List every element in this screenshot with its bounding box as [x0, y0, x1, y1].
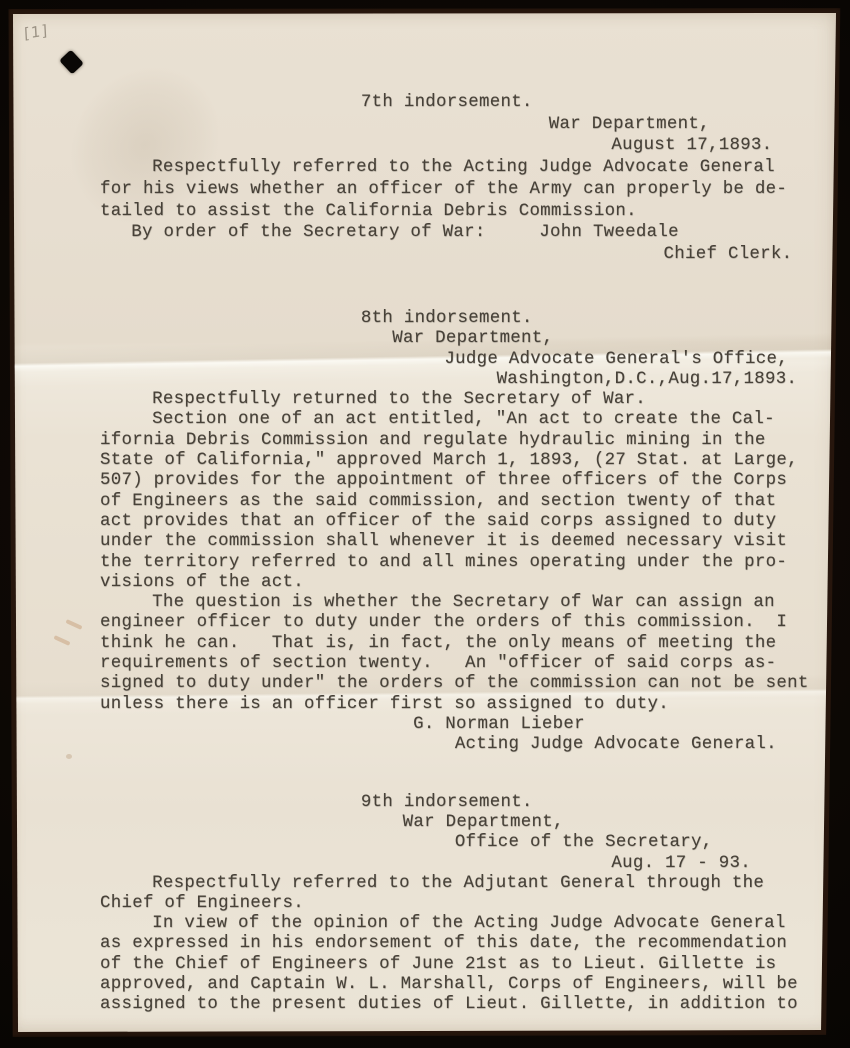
faint-stroke — [65, 619, 82, 630]
typewritten-line: 507) provides for the appointment of thr… — [100, 471, 809, 491]
typewritten-line: War Department, — [100, 329, 809, 349]
typewritten-line: for his views whether an officer of the … — [100, 179, 792, 201]
indorsement-9th-section: 9th indorsement.War Department,Office of… — [100, 793, 798, 1015]
typewritten-line: War Department, — [100, 813, 798, 833]
page-number-annotation: [1] — [24, 21, 49, 43]
typewritten-line: Acting Judge Advocate General. — [100, 735, 809, 755]
typewritten-line: signed to duty under" the orders of the … — [100, 674, 809, 694]
typewritten-line: of the Chief of Engineers of June 21st a… — [100, 955, 798, 975]
typewritten-line: Section one of an act entitled, "An act … — [100, 410, 809, 430]
typewritten-line: think he can. That is, in fact, the only… — [100, 634, 809, 654]
typewritten-line: The question is whether the Secretary of… — [100, 593, 809, 613]
typewritten-line: Respectfully referred to the Adjutant Ge… — [100, 874, 798, 894]
typewritten-line: August 17,1893. — [100, 135, 792, 157]
typewritten-line: Aug. 17 - 93. — [100, 854, 798, 874]
typewritten-line: Respectfully returned to the Secretary o… — [100, 390, 809, 410]
faint-red-mark — [52, 614, 92, 659]
typewritten-line: visions of the act. — [100, 573, 809, 593]
typewritten-line: as expressed in his endorsement of this … — [100, 934, 798, 954]
typewritten-line: assigned to the present duties of Lieut.… — [100, 995, 798, 1015]
document-page: [1] 7th indorsement.War Department,Augus… — [10, 10, 838, 1034]
indorsement-8th-section: 8th indorsement.War Department,Judge Adv… — [100, 309, 809, 756]
typewritten-line: Respectfully referred to the Acting Judg… — [100, 157, 792, 179]
typewritten-line: act provides that an officer of the said… — [100, 512, 809, 532]
typewritten-line: ifornia Debris Commission and regulate h… — [100, 431, 809, 451]
typewritten-line: unless there is an officer first so assi… — [100, 695, 809, 715]
typewritten-line: Judge Advocate General's Office, — [100, 350, 809, 370]
faint-stroke — [53, 635, 70, 646]
typewritten-line: G. Norman Lieber — [100, 715, 809, 735]
typewritten-line: 7th indorsement. — [100, 92, 792, 114]
typewritten-line: tailed to assist the California Debris C… — [100, 201, 792, 223]
typewritten-line: the territory referred to and all mines … — [100, 553, 809, 573]
typewritten-line: approved, and Captain W. L. Marshall, Co… — [100, 975, 798, 995]
typewritten-line: 8th indorsement. — [100, 309, 809, 329]
typewritten-line: In view of the opinion of the Acting Jud… — [100, 914, 798, 934]
photo-backdrop: [1] 7th indorsement.War Department,Augus… — [0, 0, 850, 1048]
typewritten-line: War Department, — [100, 114, 792, 136]
indorsement-7th-section: 7th indorsement.War Department,August 17… — [100, 92, 792, 266]
typewritten-line: requirements of section twenty. An "offi… — [100, 654, 809, 674]
punch-hole — [59, 50, 84, 75]
paper-speck — [66, 754, 72, 759]
typewritten-line: Washington,D.C.,Aug.17,1893. — [100, 370, 809, 390]
typewritten-line: engineer officer to duty under the order… — [100, 613, 809, 633]
typewritten-line: of Engineers as the said commission, and… — [100, 492, 809, 512]
typewritten-line: Chief of Engineers. — [100, 894, 798, 914]
typewritten-line: By order of the Secretary of War: John T… — [100, 222, 792, 244]
typewritten-line: 9th indorsement. — [100, 793, 798, 813]
typewritten-line: State of California," approved March 1, … — [100, 451, 809, 471]
typewritten-line: under the commission shall whenever it i… — [100, 532, 809, 552]
typewritten-line: Chief Clerk. — [100, 244, 792, 266]
typewritten-line: Office of the Secretary, — [100, 833, 798, 853]
